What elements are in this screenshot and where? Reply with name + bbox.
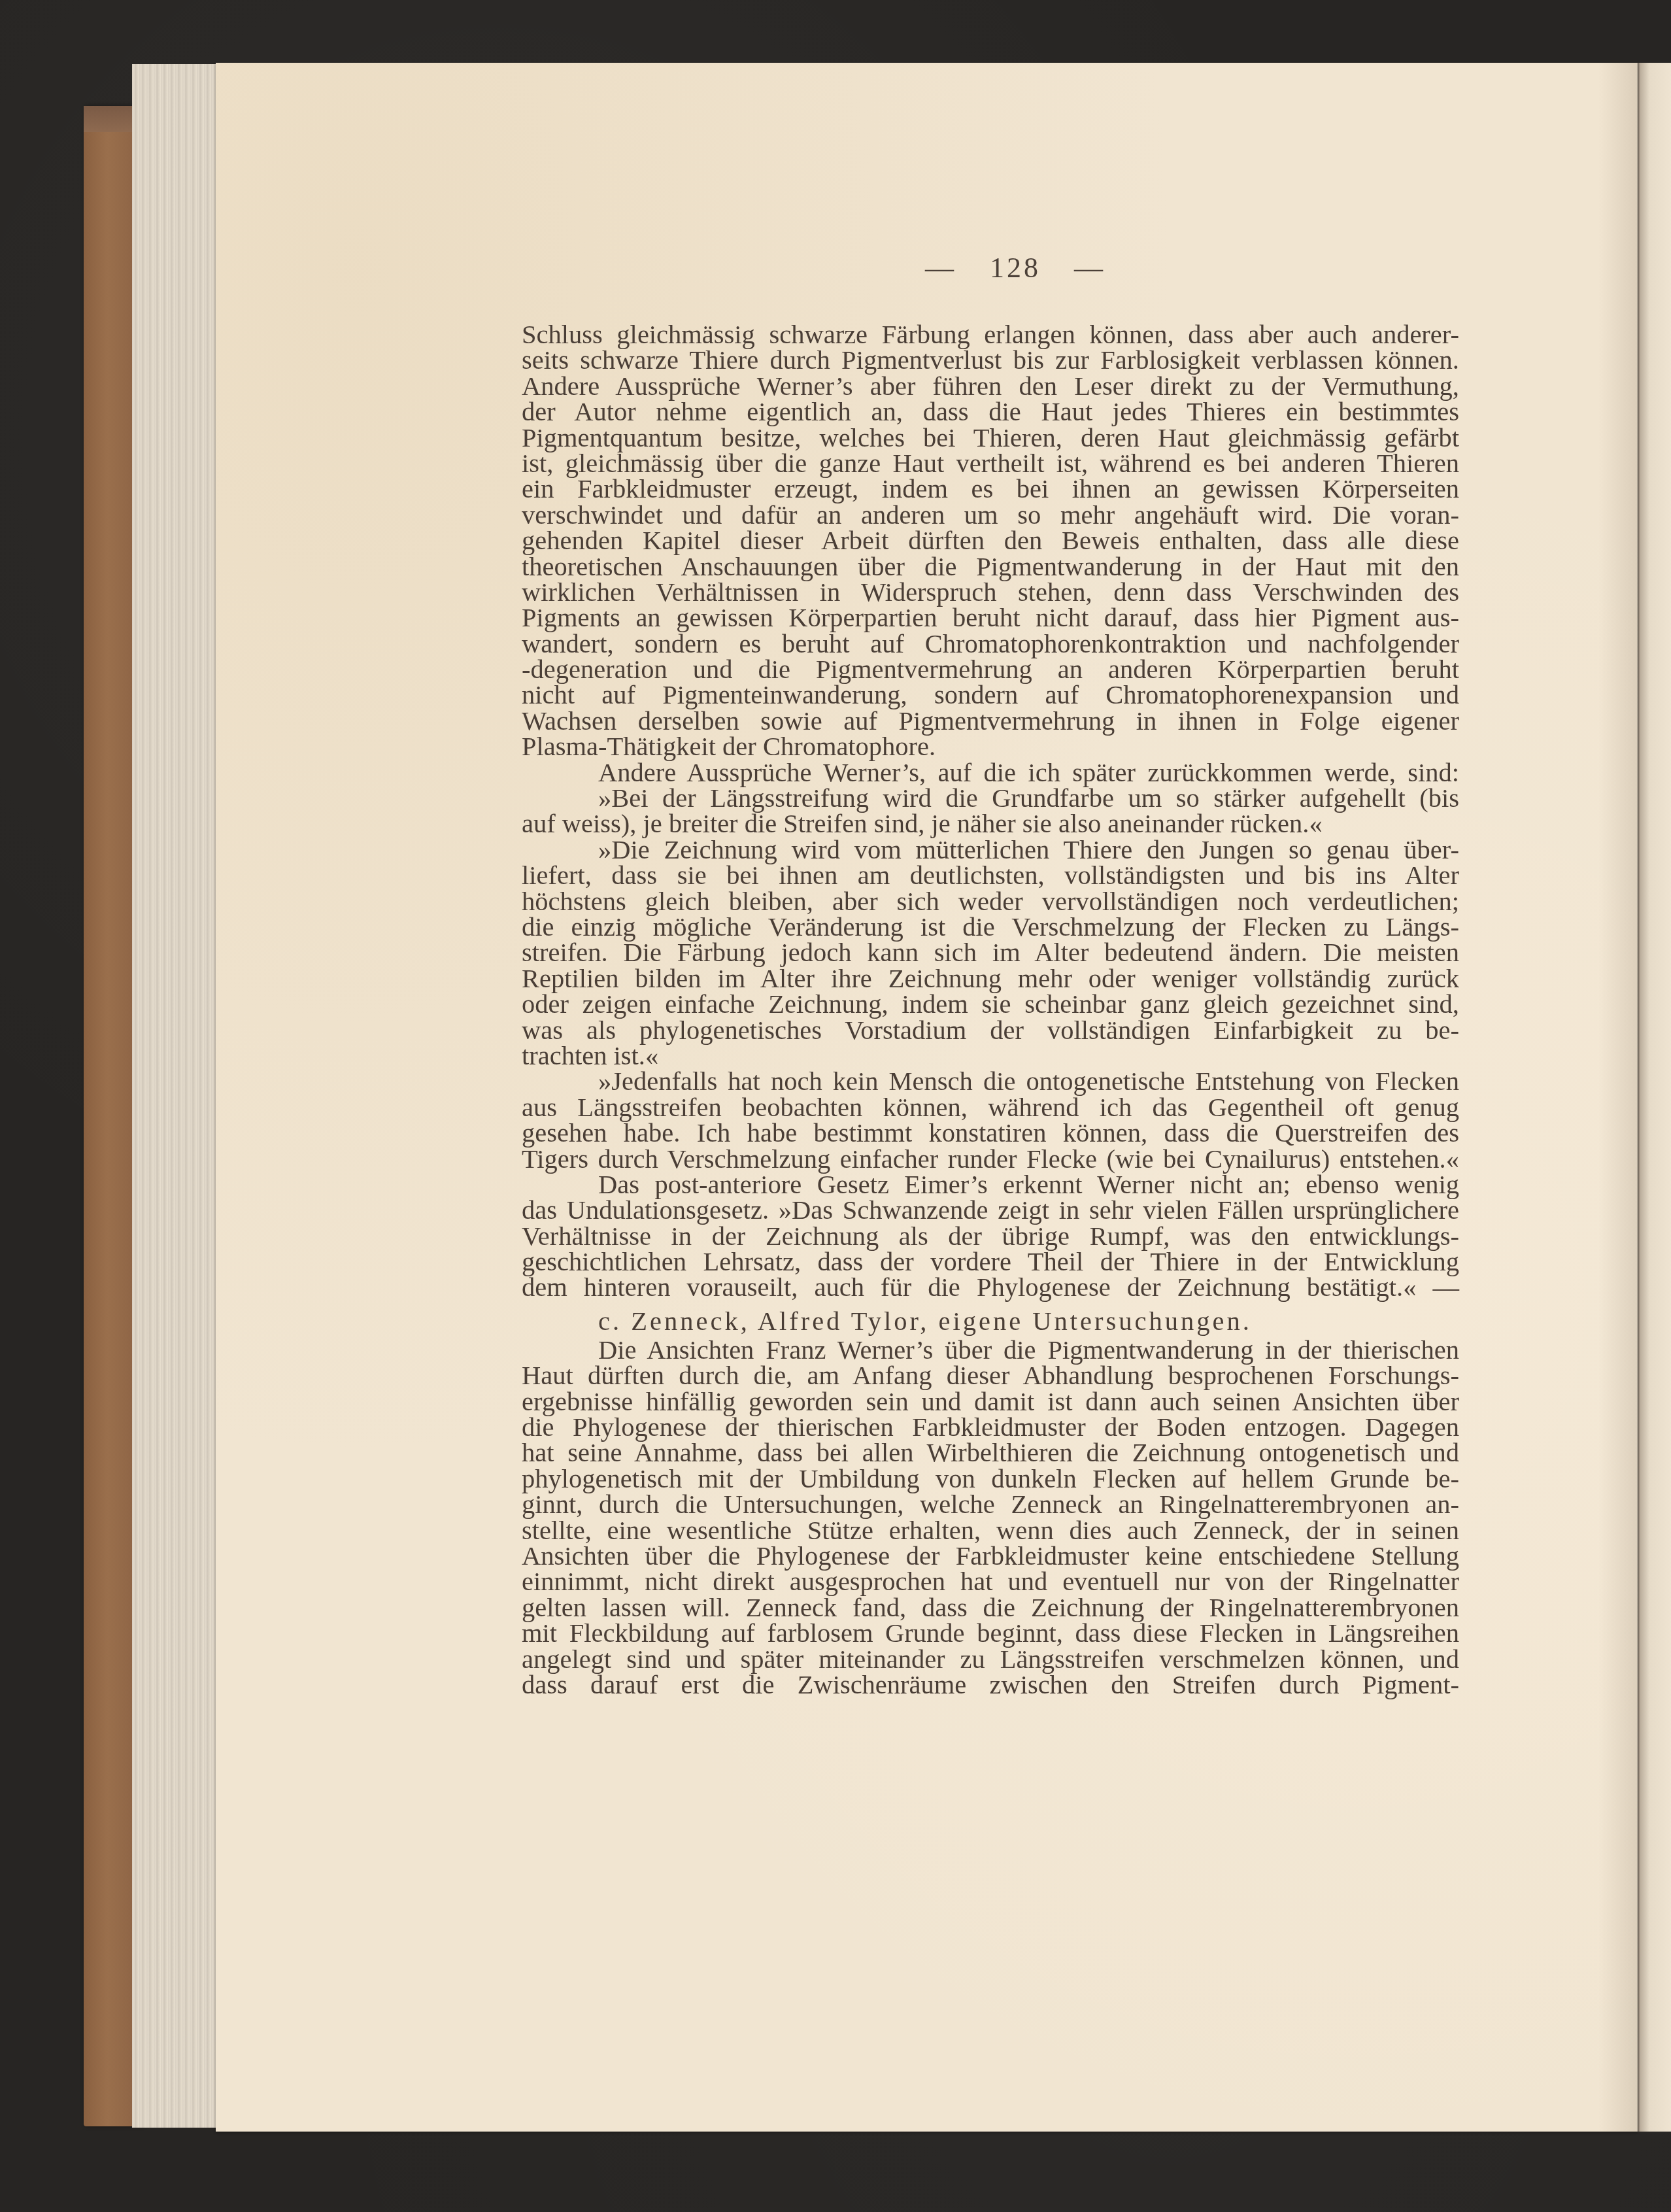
- text-line: Die Ansichten Franz Werner’s über die Pi…: [522, 1337, 1459, 1363]
- text-line: ist, gleichmässig über die ganze Haut ve…: [522, 451, 1459, 476]
- text-line: »Jedenfalls hat noch kein Mensch die ont…: [522, 1068, 1459, 1094]
- text-line: Ansichten über die Phylogenese der Farbk…: [522, 1543, 1459, 1569]
- paragraph-7: Die Ansichten Franz Werner’s über die Pi…: [522, 1337, 1459, 1697]
- page-stack-edge: [132, 64, 224, 2128]
- text-line: hat seine Annahme, dass bei allen Wirbel…: [522, 1440, 1459, 1465]
- text-line: oder zeigen einfache Zeichnung, indem si…: [522, 991, 1459, 1017]
- text-line: auf weiss), je breiter die Streifen sind…: [522, 811, 1459, 836]
- text-line: was als phylogenetisches Vorstadium der …: [522, 1017, 1459, 1043]
- text-line: phylogenetisch mit der Umbildung von dun…: [522, 1466, 1459, 1491]
- text-line: ginnt, durch die Untersuchungen, welche …: [522, 1491, 1459, 1517]
- paragraph-3-quote: »Bei der Längsstreifung wird die Grundfa…: [522, 785, 1459, 837]
- text-line: -degeneration und die Pigmentvermehrung …: [522, 656, 1459, 682]
- text-line: liefert, dass sie bei ihnen am deutlichs…: [522, 862, 1459, 888]
- text-line: gesehen habe. Ich habe bestimmt konstati…: [522, 1120, 1459, 1146]
- text-line: Wachsen derselben sowie auf Pigmentverme…: [522, 708, 1459, 734]
- gutter-shadow: [1598, 63, 1638, 2132]
- paragraph-2: Andere Aussprüche Werner’s, auf die ich …: [522, 760, 1459, 785]
- text-line: geschichtlichen Lehrsatz, dass der vorde…: [522, 1249, 1459, 1274]
- text-line: Pigmentquantum besitze, welches bei Thie…: [522, 425, 1459, 451]
- page-number-header: — 128 —: [914, 251, 1117, 284]
- text-line: wandert, sondern es beruht auf Chromatop…: [522, 631, 1459, 656]
- paragraph-5-quote: »Jedenfalls hat noch kein Mensch die ont…: [522, 1068, 1459, 1172]
- text-line: die Phylogenese der thierischen Farbklei…: [522, 1414, 1459, 1440]
- text-line: Plasma-Thätigkeit der Chromatophore.: [522, 734, 1459, 759]
- text-line: wirklichen Verhältnissen in Widerspruch …: [522, 579, 1459, 605]
- text-line: gelten lassen will. Zenneck fand, dass d…: [522, 1595, 1459, 1620]
- text-line: der Autor nehme eigentlich an, dass die …: [522, 399, 1459, 424]
- text-line: gehenden Kapitel dieser Arbeit dürften d…: [522, 528, 1459, 553]
- page-number: 128: [990, 252, 1041, 284]
- text-line: stellte, eine wesentliche Stütze erhalte…: [522, 1518, 1459, 1543]
- text-line: ein Farbkleidmuster erzeugt, indem es be…: [522, 476, 1459, 502]
- text-line: Haut dürften durch die, am Anfang dieser…: [522, 1363, 1459, 1388]
- text-line: höchstens gleich bleiben, aber sich wede…: [522, 889, 1459, 914]
- text-line: das Undulationsgesetz. »Das Schwanzende …: [522, 1197, 1459, 1223]
- paragraph-4-quote: »Die Zeichnung wird vom mütterlichen Thi…: [522, 837, 1459, 1069]
- paragraph-1: Schluss gleichmässig schwarze Färbung er…: [522, 322, 1459, 760]
- text-line: angelegt sind und später miteinander zu …: [522, 1646, 1459, 1672]
- text-line: theoretischen Anschauungen über die Pigm…: [522, 554, 1459, 579]
- text-line: trachten ist.«: [522, 1043, 1459, 1068]
- text-line: Tigers durch Verschmelzung einfacher run…: [522, 1146, 1459, 1172]
- section-heading: c. Zenneck, Alfred Tylor, eigene Untersu…: [522, 1304, 1459, 1337]
- text-line: nicht auf Pigmenteinwanderung, sondern a…: [522, 682, 1459, 707]
- text-line: dem hinteren vorauseilt, auch für die Ph…: [522, 1274, 1459, 1300]
- text-line: »Bei der Längsstreifung wird die Grundfa…: [522, 785, 1459, 811]
- text-line: Reptilien bilden im Alter ihre Zeichnung…: [522, 966, 1459, 991]
- text-line: aus Längsstreifen beobachten können, wäh…: [522, 1095, 1459, 1120]
- text-line: Andere Aussprüche Werner’s aber führen d…: [522, 373, 1459, 399]
- text-line: ergebnisse hinfällig geworden sein und d…: [522, 1389, 1459, 1414]
- text-line: »Die Zeichnung wird vom mütterlichen Thi…: [522, 837, 1459, 862]
- text-line: Schluss gleichmässig schwarze Färbung er…: [522, 322, 1459, 347]
- text-line: einnimmt, nicht direkt ausgesprochen hat…: [522, 1569, 1459, 1594]
- text-line: Pigments an gewissen Körperpartien beruh…: [522, 605, 1459, 630]
- text-line: seits schwarze Thiere durch Pigmentverlu…: [522, 347, 1459, 373]
- text-line: Das post-anteriore Gesetz Eimer’s erkenn…: [522, 1172, 1459, 1197]
- text-line: Verhältnisse in der Zeichnung als der üb…: [522, 1223, 1459, 1249]
- text-line: mit Fleckbildung auf farblosem Grunde be…: [522, 1620, 1459, 1646]
- text-line: verschwindet und dafür an anderen um so …: [522, 502, 1459, 528]
- paragraph-6: Das post-anteriore Gesetz Eimer’s erkenn…: [522, 1172, 1459, 1301]
- header-dash-right: —: [1074, 252, 1106, 284]
- text-line: die einzig mögliche Veränderung ist die …: [522, 914, 1459, 940]
- facing-page-edge: [1638, 63, 1671, 2132]
- text-line: streifen. Die Färbung jedoch kann sich i…: [522, 940, 1459, 965]
- header-dash-left: —: [925, 252, 956, 284]
- body-text: Schluss gleichmässig schwarze Färbung er…: [522, 322, 1459, 1697]
- text-line: dass darauf erst die Zwischenräume zwisc…: [522, 1672, 1459, 1697]
- text-line: Andere Aussprüche Werner’s, auf die ich …: [522, 760, 1459, 785]
